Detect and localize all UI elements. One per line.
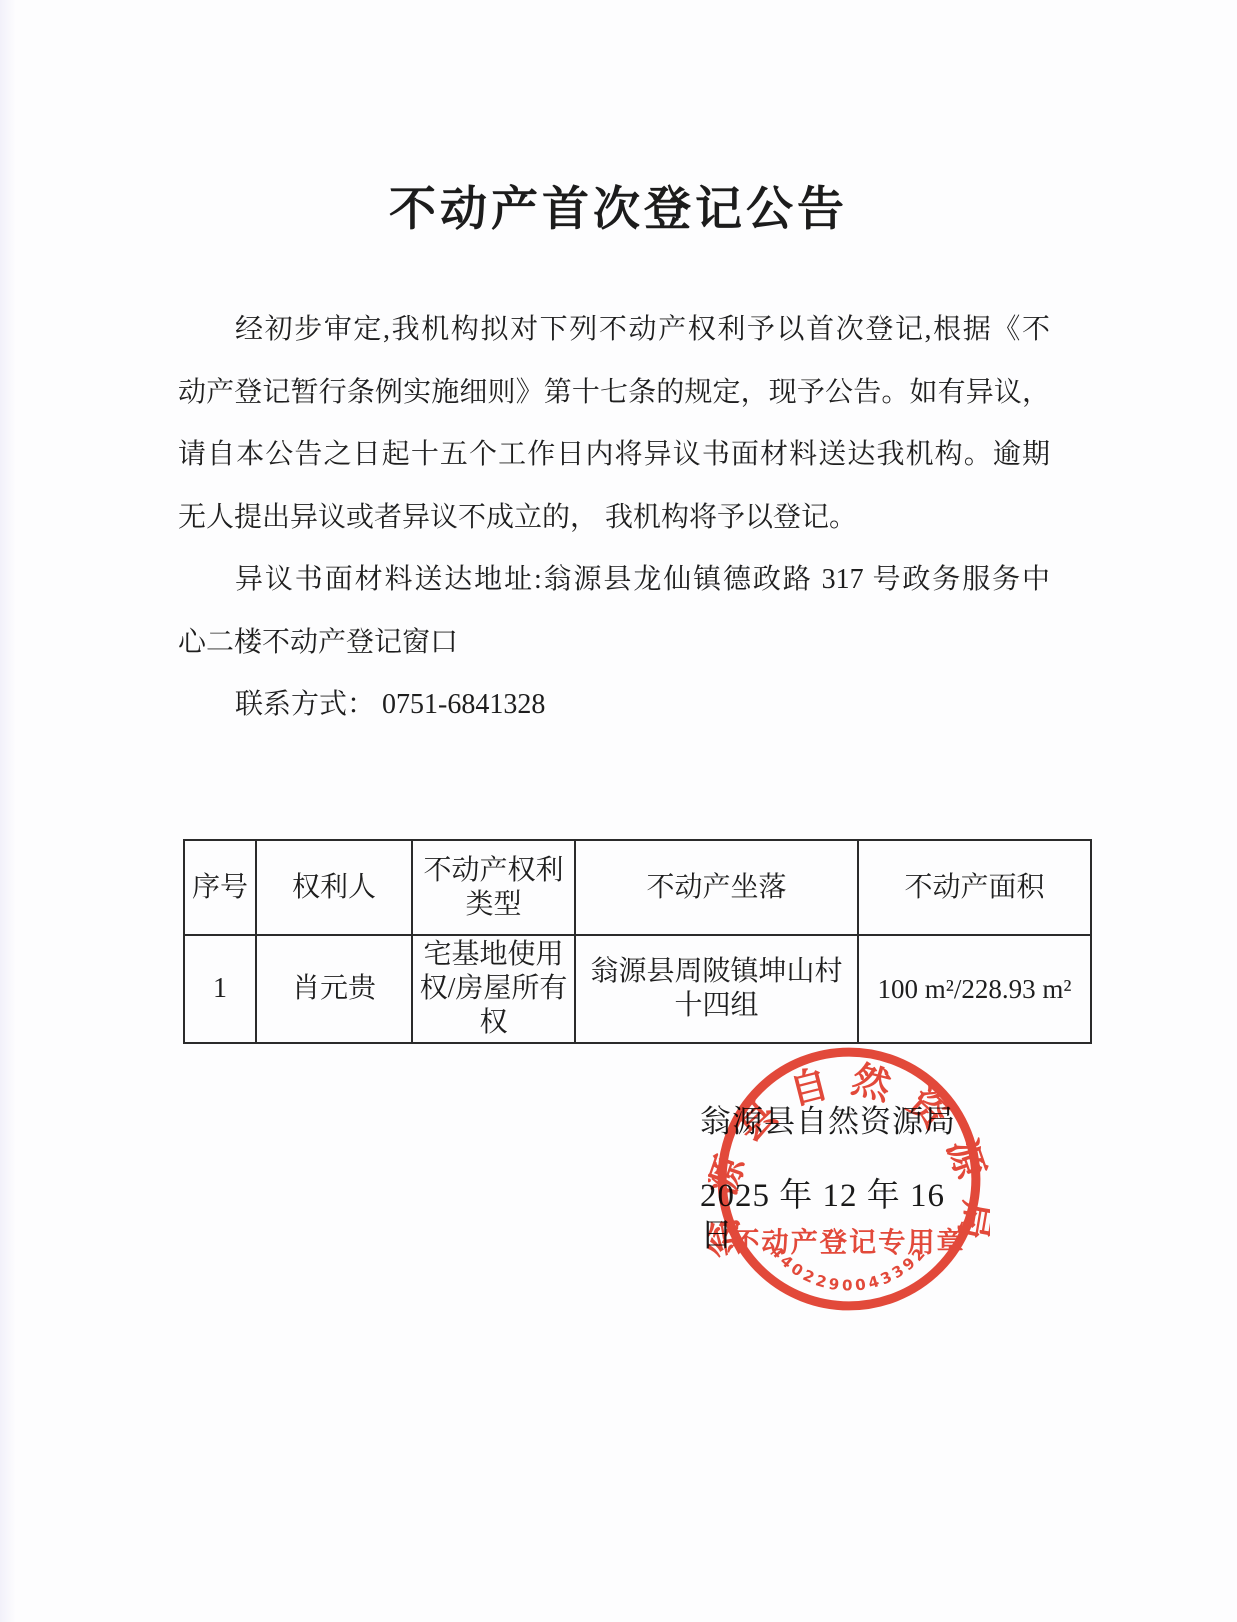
cell-area: 100 m²/228.93 m² bbox=[858, 935, 1091, 1043]
cell-index: 1 bbox=[184, 935, 256, 1043]
table-header-row: 序号 权利人 不动产权利类型 不动产坐落 不动产面积 bbox=[184, 840, 1091, 935]
body-line: 请自本公告之日起十五个工作日内将异议书面材料送达我机构。逾期 bbox=[178, 424, 1050, 487]
header-index: 序号 bbox=[184, 840, 256, 935]
announcement-body: 经初步审定,我机构拟对下列不动产权利予以首次登记,根据《不 动产登记暂行条例实施… bbox=[178, 299, 1050, 737]
cell-right-type: 宅基地使用权/房屋所有权 bbox=[412, 935, 575, 1043]
header-right-type: 不动产权利类型 bbox=[412, 840, 575, 935]
body-line: 无人提出异议或者异议不成立的， 我机构将予以登记。 bbox=[178, 487, 1050, 550]
cell-location: 翁源县周陂镇坤山村十四组 bbox=[575, 935, 858, 1043]
header-location: 不动产坐落 bbox=[575, 840, 858, 935]
body-line: 动产登记暂行条例实施细则》第十七条的规定，现予公告。如有异议， bbox=[178, 362, 1050, 425]
issue-date: 2025 年 12 年 16 日 bbox=[700, 1176, 970, 1256]
registration-table: 序号 权利人 不动产权利类型 不动产坐落 不动产面积 1 肖元贵 宅基地使用权/… bbox=[183, 839, 1092, 1044]
header-holder: 权利人 bbox=[256, 840, 412, 935]
body-line: 经初步审定,我机构拟对下列不动产权利予以首次登记,根据《不 bbox=[178, 299, 1050, 362]
body-line: 异议书面材料送达地址:翁源县龙仙镇德政路 317 号政务服务中 bbox=[178, 549, 1050, 612]
page-title: 不动产首次登记公告 bbox=[0, 172, 1237, 239]
cell-holder: 肖元贵 bbox=[256, 935, 412, 1043]
announcement-document: 不动产首次登记公告 经初步审定,我机构拟对下列不动产权利予以首次登记,根据《不 … bbox=[0, 0, 1237, 1622]
contact-line: 联系方式： 0751-6841328 bbox=[178, 674, 1050, 737]
body-line: 心二楼不动产登记窗口 bbox=[178, 612, 1050, 675]
agency-name: 翁源县自然资源局 bbox=[700, 1104, 970, 1140]
signature-block: 翁源县自然资源局 2025 年 12 年 16 日 bbox=[700, 1104, 970, 1256]
table-row: 1 肖元贵 宅基地使用权/房屋所有权 翁源县周陂镇坤山村十四组 100 m²/2… bbox=[184, 935, 1091, 1043]
header-area: 不动产面积 bbox=[858, 840, 1091, 935]
